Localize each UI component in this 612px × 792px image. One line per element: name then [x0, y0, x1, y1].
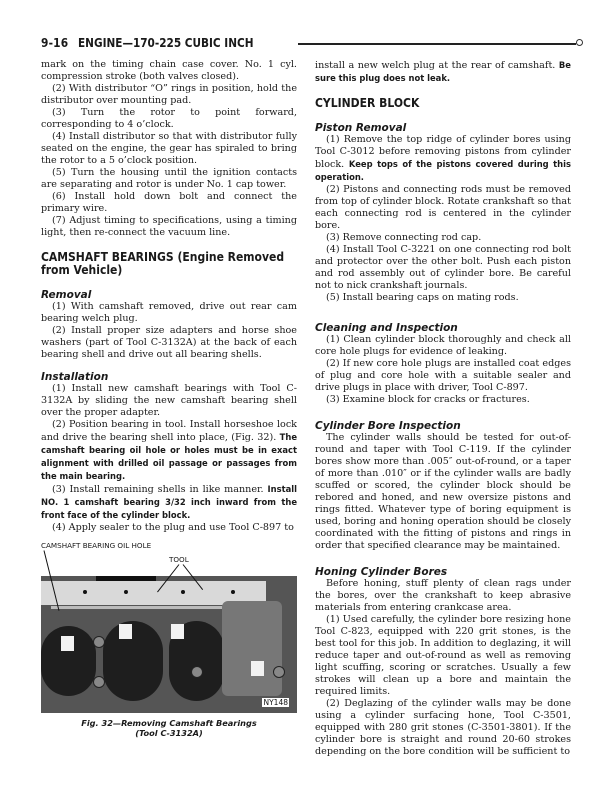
paragraph: (3) Examine block for cracks or fracture…: [315, 394, 571, 406]
paragraph: (1) Install new camshaft bearings with T…: [41, 383, 297, 419]
subheading-cleaning-inspection: Cleaning and Inspection: [315, 322, 571, 334]
subheading-removal: Removal: [41, 289, 297, 301]
paragraph: (3) Remove connecting rod cap.: [315, 232, 571, 244]
paragraph: (2) Position bearing in tool. Install ho…: [41, 419, 297, 483]
engine-photo: NY148: [41, 576, 297, 713]
subheading-cylinder-bore-inspection: Cylinder Bore Inspection: [315, 420, 571, 432]
section-heading-cylinder-block: CYLINDER BLOCK: [315, 97, 545, 110]
bolt-hole: [181, 590, 185, 594]
label-tool: TOOL: [169, 555, 189, 564]
crank-throw: [103, 621, 163, 701]
page-number: 9-16: [41, 35, 68, 50]
paragraph: (4) Apply sealer to the plug and use Too…: [41, 522, 297, 534]
right-column: install a new welch plug at the rear of …: [315, 59, 571, 758]
bolt-hole: [231, 590, 235, 594]
paragraph: (1) Used carefully, the cylinder bore re…: [315, 614, 571, 698]
paragraph: (2) Deglazing of the cylinder walls may …: [315, 698, 571, 758]
caption-line: (Tool C-3132A): [41, 728, 297, 738]
paragraph: (3) Install remaining shells in like man…: [41, 483, 297, 522]
bolt-hole: [124, 590, 128, 594]
paragraph: (3) Turn the rotor to point forward, cor…: [41, 107, 297, 131]
paragraph: (2) If new core hole plugs are installed…: [315, 358, 571, 394]
paragraph: (4) Install distributor so that with dis…: [41, 131, 297, 167]
paragraph: (4) Install Tool C-3221 on one connectin…: [315, 244, 571, 292]
paragraph: The cylinder walls should be tested for …: [315, 432, 571, 552]
paragraph: (2) Install proper size adapters and hor…: [41, 325, 297, 361]
bearing-cap: [251, 661, 264, 676]
subheading-honing-cylinder-bores: Honing Cylinder Bores: [315, 566, 571, 578]
paragraph: install a new welch plug at the rear of …: [315, 59, 571, 85]
paragraph: (6) Install hold down bolt and connect t…: [41, 191, 297, 215]
heading-line: from Vehicle): [41, 264, 271, 277]
page-title: ENGINE—170-225 CUBIC INCH: [78, 35, 253, 50]
caption-line: Fig. 32—Removing Camshaft Bearings: [41, 718, 297, 728]
figure-32: CAMSHAFT BEARING OIL HOLE TOOL NY148 Fig…: [41, 541, 297, 721]
subheading-installation: Installation: [41, 371, 297, 383]
bearing-cap: [171, 624, 184, 639]
figure-caption: Fig. 32—Removing Camshaft Bearings (Tool…: [41, 718, 297, 738]
bolt-head: [191, 666, 203, 678]
image-code: NY148: [262, 698, 289, 707]
bolt-head: [93, 676, 105, 688]
paragraph-text: (2) Position bearing in tool. Install ho…: [41, 419, 297, 443]
paragraph: Before honing, stuff plenty of clean rag…: [315, 578, 571, 614]
engine-block-end: [222, 601, 282, 696]
bold-warning: Keep tops of the pistons covered during …: [315, 159, 571, 182]
paragraph: (5) Turn the housing until the ignition …: [41, 167, 297, 191]
subheading-piston-removal: Piston Removal: [315, 122, 571, 134]
label-camshaft-bearing-oil-hole: CAMSHAFT BEARING OIL HOLE: [41, 541, 151, 550]
paragraph-text: (3) Install remaining shells in like man…: [52, 484, 268, 495]
block-top-bar: [96, 576, 156, 581]
header-rule: [298, 43, 576, 45]
paragraph: (2) Pistons and connecting rods must be …: [315, 184, 571, 232]
bolt-hole: [83, 590, 87, 594]
paragraph-text: install a new welch plug at the rear of …: [315, 60, 559, 71]
left-column: mark on the timing chain case cover. No.…: [41, 59, 297, 534]
paragraph: (1) Clean cylinder block thoroughly and …: [315, 334, 571, 358]
paragraph: (2) With distributor “O” rings in positi…: [41, 83, 297, 107]
bearing-cap: [119, 624, 132, 639]
paragraph: mark on the timing chain case cover. No.…: [41, 59, 297, 83]
paragraph: (7) Adjust timing to specifications, usi…: [41, 215, 297, 239]
section-heading-camshaft-bearings: CAMSHAFT BEARINGS (Engine Removed from V…: [41, 251, 271, 277]
paragraph: (1) With camshaft removed, drive out rea…: [41, 301, 297, 325]
paragraph: (5) Install bearing caps on mating rods.: [315, 292, 571, 304]
header-circle-mark: [576, 39, 583, 46]
bolt-head: [93, 636, 105, 648]
page-header: 9-16 ENGINE—170-225 CUBIC INCH: [41, 35, 586, 51]
paragraph: (1) Remove the top ridge of cylinder bor…: [315, 134, 571, 184]
bearing-cap: [61, 636, 74, 651]
bolt-head: [273, 666, 285, 678]
